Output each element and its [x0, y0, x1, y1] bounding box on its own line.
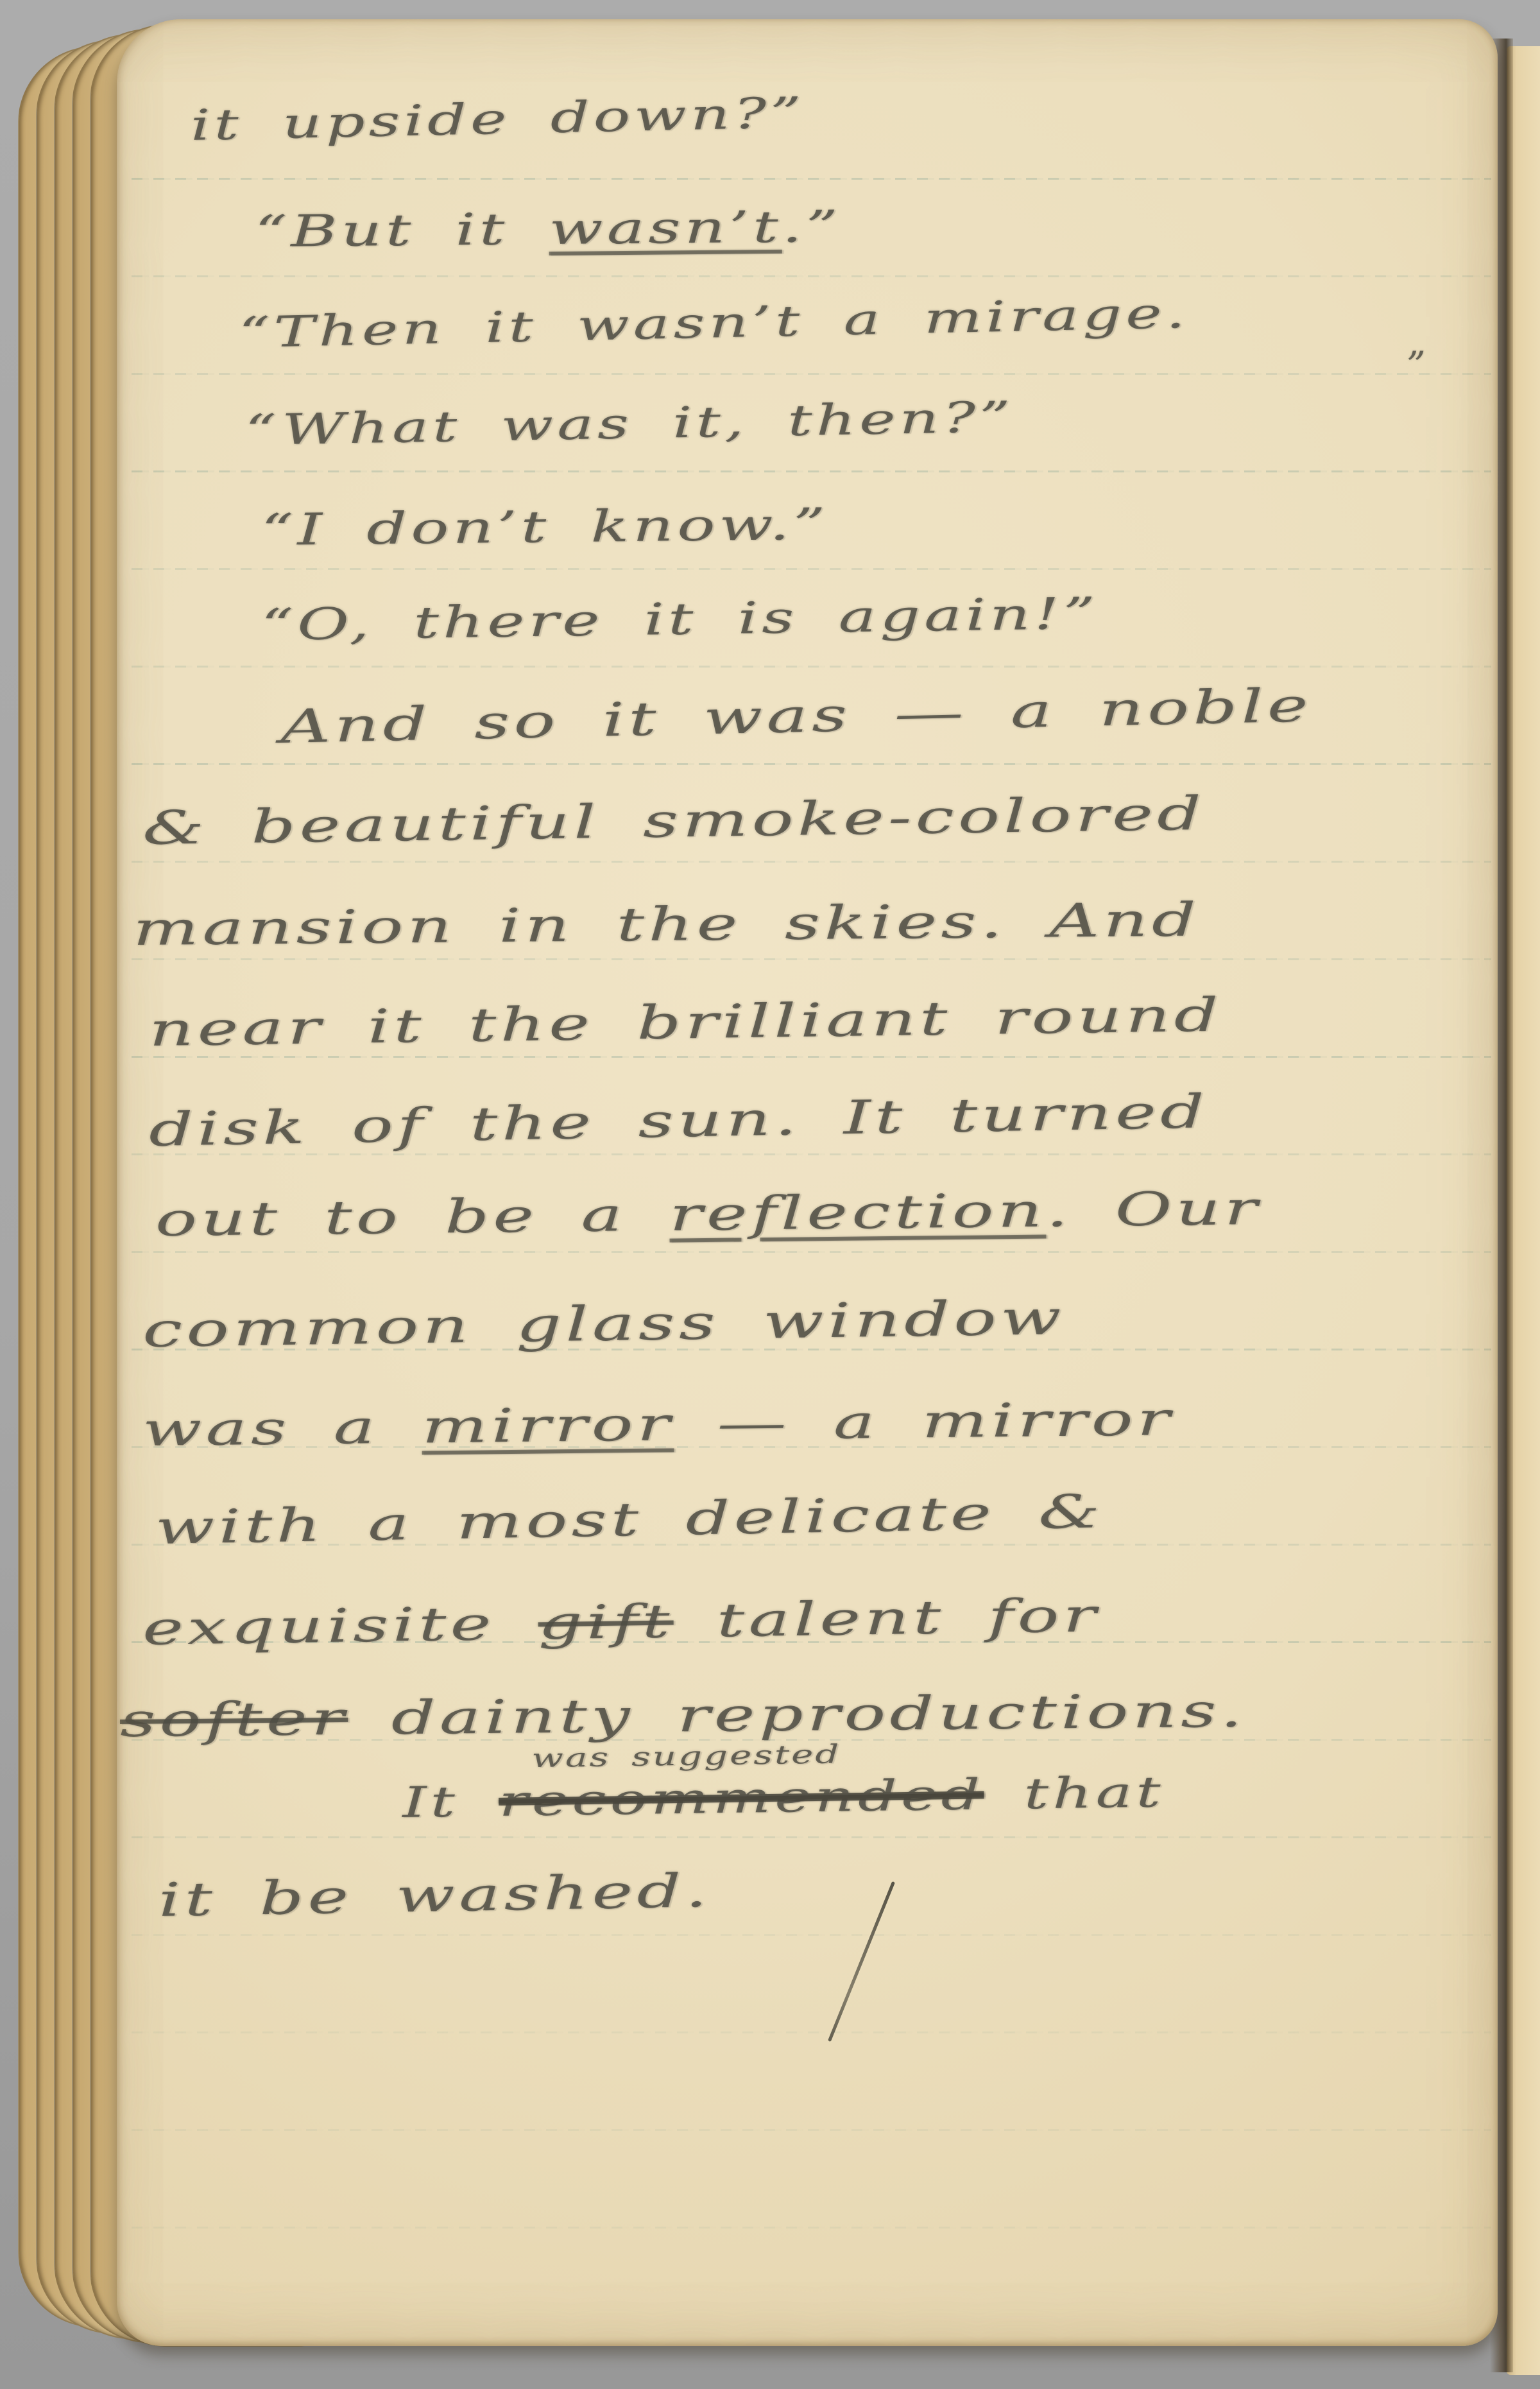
- handwriting-line: out to be a reflection. Our: [155, 1181, 1262, 1246]
- underlined-word: wasn’t: [549, 202, 782, 255]
- handwritten-text: — a mirror: [674, 1392, 1174, 1451]
- correction-stack: was suggestedrecommended: [499, 1770, 984, 1826]
- handwritten-text: it upside down?”: [190, 88, 805, 150]
- handwritten-text: “O, there it is again!”: [261, 589, 1099, 651]
- handwritten-text: .”: [782, 202, 842, 253]
- handwritten-text: & beautiful smoke-colored: [142, 786, 1205, 855]
- handwriting-line: “But it wasn’t.”: [255, 202, 843, 257]
- handwritten-text: that: [984, 1767, 1165, 1819]
- handwritten-text: talent for: [673, 1588, 1100, 1648]
- underlined-word: mirror: [422, 1397, 674, 1453]
- handwriting-line: “O, there it is again!”: [261, 589, 1099, 651]
- handwriting-line: with a most delicate &: [155, 1484, 1104, 1555]
- handwriting-line: mansion in the skies. And: [133, 892, 1201, 956]
- closing-quote-mark: ”: [1407, 343, 1426, 387]
- pencil-slash-mark: [828, 1881, 895, 2042]
- scanned-notebook-photo: it upside down?” “But it wasn’t.” “Then …: [0, 0, 1540, 2389]
- handwritten-text: It: [402, 1777, 499, 1827]
- underlined-word: reflection: [669, 1183, 1047, 1241]
- handwritten-text: exquisite: [142, 1596, 538, 1655]
- handwriting-line: exquisite gift talent for: [142, 1588, 1100, 1655]
- handwritten-text: “Then it wasn’t a mirage.: [238, 288, 1189, 358]
- handwriting-line: It was suggestedrecommended that: [402, 1767, 1165, 1827]
- handwritten-text: disk of the sun. It turned: [148, 1084, 1208, 1157]
- handwriting-line: And so it was — a noble: [280, 678, 1312, 754]
- handwritten-text: mansion in the skies. And: [133, 892, 1201, 956]
- handwriting-line: “What was it, then?”: [244, 392, 1014, 455]
- handwritten-text: dainty reproductions.: [348, 1684, 1246, 1745]
- handwriting-line: common glass window: [142, 1290, 1065, 1358]
- handwritten-text: And so it was — a noble: [280, 678, 1312, 754]
- handwriting-line: softer dainty reproductions.: [120, 1684, 1247, 1747]
- handwritten-text: . Our: [1046, 1181, 1262, 1238]
- handwriting-line: “Then it wasn’t a mirage.: [238, 288, 1189, 358]
- handwritten-text: was a: [142, 1399, 422, 1456]
- handwriting-line: disk of the sun. It turned: [148, 1084, 1208, 1157]
- handwritten-text: near it the brilliant round: [148, 988, 1222, 1057]
- struck-word: recommended: [499, 1770, 984, 1826]
- handwritten-text: it be washed.: [158, 1863, 711, 1927]
- handwritten-text: with a most delicate &: [155, 1484, 1104, 1555]
- handwriting-line: it upside down?”: [190, 88, 805, 150]
- struck-word: gift: [538, 1594, 674, 1650]
- handwritten-text: “I don’t know.”: [261, 499, 830, 556]
- handwriting-line: was a mirror — a mirror: [142, 1392, 1174, 1456]
- handwritten-text: “What was it, then?”: [244, 392, 1014, 455]
- handwritten-text: common glass window: [142, 1290, 1065, 1358]
- handwriting: it upside down?” “But it wasn’t.” “Then …: [117, 19, 1498, 2346]
- handwritten-text: “But it: [255, 204, 549, 257]
- handwriting-line: it be washed.: [158, 1863, 711, 1927]
- handwriting-line: “I don’t know.”: [261, 499, 830, 556]
- handwriting-line: & beautiful smoke-colored: [142, 786, 1205, 855]
- struck-word: softer: [120, 1691, 348, 1747]
- notebook-page: it upside down?” “But it wasn’t.” “Then …: [117, 19, 1498, 2346]
- interlinear-insertion: was suggested: [531, 1739, 841, 1773]
- handwritten-text: out to be a: [155, 1187, 670, 1246]
- handwriting-line: near it the brilliant round: [148, 988, 1222, 1057]
